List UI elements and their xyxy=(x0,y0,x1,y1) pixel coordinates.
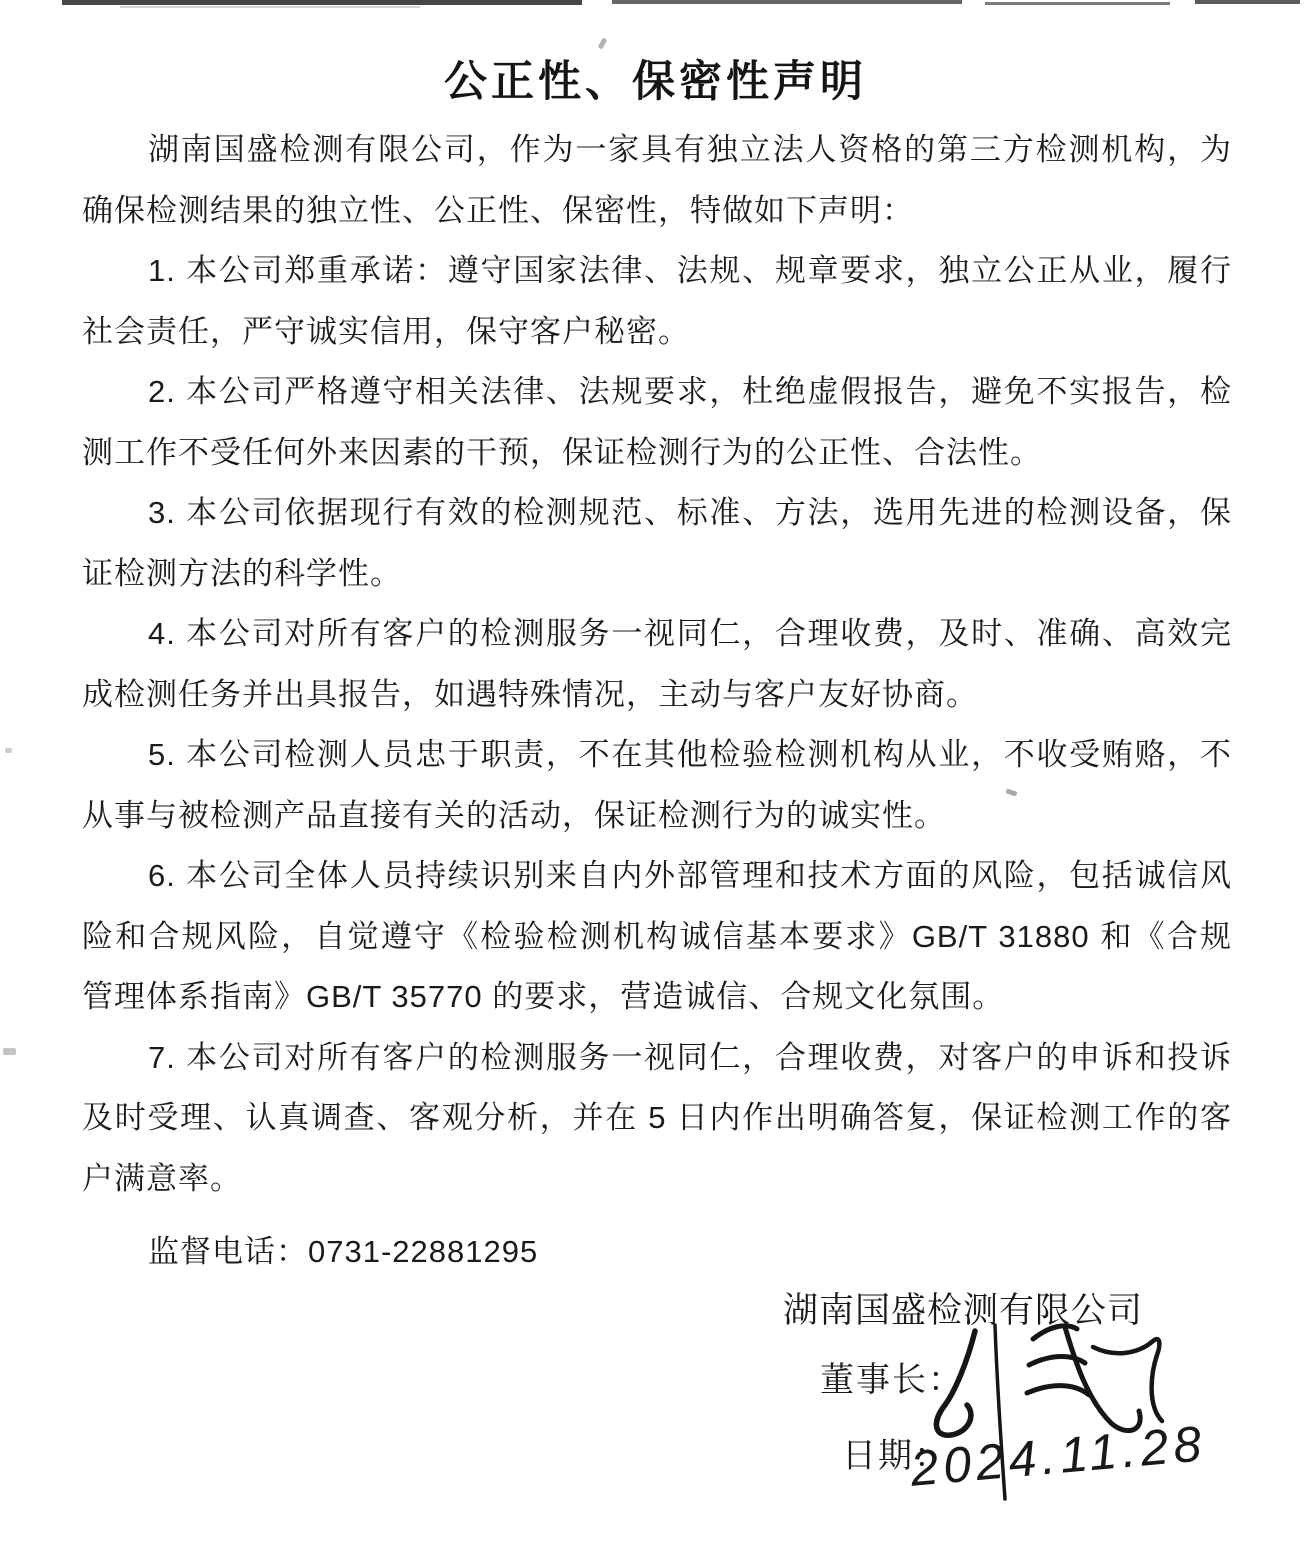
body-line: 户满意率。 xyxy=(82,1149,1232,1210)
scan-artifact-strip xyxy=(985,2,1170,5)
body-line: 管理体系指南》GB/T 35770 的要求，营造诚信、合规文化氛围。 xyxy=(82,967,1232,1028)
document-title: 公正性、保密性声明 xyxy=(0,48,1311,109)
scan-artifact-strip xyxy=(1195,0,1300,4)
body-line: 成检测任务并出具报告，如遇特殊情况，主动与客户友好协商。 xyxy=(82,665,1232,726)
body-line: 2. 本公司严格遵守相关法律、法规要求，杜绝虚假报告，避免不实报告，检 xyxy=(148,362,1232,423)
body-line: 6. 本公司全体人员持续识别来自内外部管理和技术方面的风险，包括诚信风 xyxy=(148,846,1232,907)
scan-artifact-strip xyxy=(612,0,962,4)
body-line: 5. 本公司检测人员忠于职责，不在其他检验检测机构从业，不收受贿赂，不 xyxy=(148,725,1232,786)
scan-speck xyxy=(3,1048,16,1055)
body-line: 4. 本公司对所有客户的检测服务一视同仁，合理收费，及时、准确、高效完 xyxy=(148,604,1232,665)
scanned-document-page: 公正性、保密性声明 湖南国盛检测有限公司，作为一家具有独立法人资格的第三方检测机… xyxy=(0,0,1311,1544)
body-line: 湖南国盛检测有限公司，作为一家具有独立法人资格的第三方检测机构，为 xyxy=(148,120,1232,181)
body-line: 社会责任，严守诚实信用，保守客户秘密。 xyxy=(82,302,1232,363)
document-body: 湖南国盛检测有限公司，作为一家具有独立法人资格的第三方检测机构，为确保检测结果的… xyxy=(82,120,1232,1283)
body-line: 监督电话：0731-22881295 xyxy=(148,1222,1232,1283)
body-line: 7. 本公司对所有客户的检测服务一视同仁，合理收费，对客户的申诉和投诉 xyxy=(148,1028,1232,1089)
body-line: 险和合规风险，自觉遵守《检验检测机构诚信基本要求》GB/T 31880 和《合规 xyxy=(82,907,1232,968)
body-line: 证检测方法的科学性。 xyxy=(82,544,1232,605)
scan-speck xyxy=(5,748,12,753)
body-line: 3. 本公司依据现行有效的检测规范、标准、方法，选用先进的检测设备，保 xyxy=(148,483,1232,544)
body-line: 及时受理、认真调查、客观分析，并在 5 日内作出明确答复，保证检测工作的客 xyxy=(82,1088,1232,1149)
scan-artifact-strip xyxy=(62,0,582,5)
body-line: 测工作不受任何外来因素的干预，保证检测行为的公正性、合法性。 xyxy=(82,423,1232,484)
body-line: 从事与被检测产品直接有关的活动，保证检测行为的诚实性。 xyxy=(82,786,1232,847)
body-line: 确保检测结果的独立性、公正性、保密性，特做如下声明： xyxy=(82,181,1232,242)
body-line: 1. 本公司郑重承诺：遵守国家法律、法规、规章要求，独立公正从业，履行 xyxy=(148,241,1232,302)
scan-artifact-strip xyxy=(120,6,420,8)
